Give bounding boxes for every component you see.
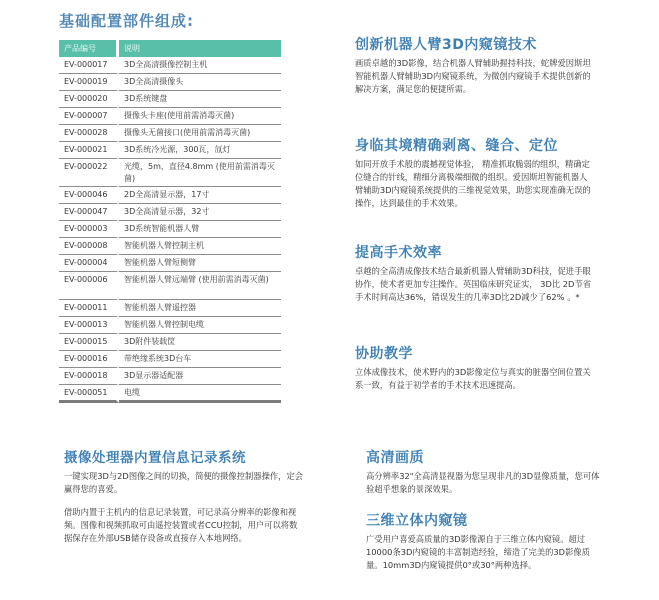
product-desc: 智能机器人臂遥控器 (119, 300, 281, 317)
table-row: EV-0000033D系统智能机器人臂 (59, 221, 281, 238)
product-desc: 3D全高清摄像头 (119, 74, 281, 91)
product-desc: 摄像头卡座(使用前需消毒灭菌) (119, 108, 281, 125)
product-code: EV-000051 (59, 385, 119, 403)
table-row: EV-000013智能机器人臂控制电缆 (59, 317, 281, 334)
table-row: EV-0000193D全高清摄像头 (59, 74, 281, 91)
table-row: EV-0000462D全高清显示器，17寸 (59, 187, 281, 204)
product-desc: 3D全高清显示器，32寸 (119, 204, 281, 221)
table-row: EV-000006智能机器人臂远端臂 (使用前需消毒灭菌) (59, 272, 281, 300)
product-code: EV-000046 (59, 187, 119, 204)
table-row: EV-000051电缆 (59, 385, 281, 403)
section-title: 身临其境精确剥离、缝合、定位 (355, 137, 595, 155)
table-row: EV-000011智能机器人臂遥控器 (59, 300, 281, 317)
table-row: EV-0000213D系统冷光源，300瓦，氙灯 (59, 142, 281, 159)
product-code: EV-000021 (59, 142, 119, 159)
product-code: EV-000004 (59, 255, 119, 272)
product-code: EV-000015 (59, 334, 119, 351)
table-row: EV-000016带绝缘系统3D台车 (59, 351, 281, 368)
section-title: 协助教学 (355, 345, 595, 363)
section-body: 借助内置于主机内的信息记录装置，可记录高分辨率的影像和视频。图像和视频抓取可由遥… (64, 506, 304, 545)
product-code: EV-000006 (59, 272, 119, 300)
product-code: EV-000013 (59, 317, 119, 334)
product-code: EV-000018 (59, 368, 119, 385)
table-row: EV-0000153D附件装载筐 (59, 334, 281, 351)
product-desc: 摄像头无菌接口(使用前需消毒灭菌) (119, 125, 281, 142)
section-stereo-endoscope: 三维立体内窥镜 广受用户喜爱高质量的3D影像源自于三维立体内窥镜。超过10000… (366, 512, 606, 572)
header-description: 说明 (119, 40, 281, 57)
product-desc: 智能机器人臂控制主机 (119, 238, 281, 255)
product-desc: 智能机器人臂控制电缆 (119, 317, 281, 334)
product-code: EV-000008 (59, 238, 119, 255)
product-desc: 3D显示器适配器 (119, 368, 281, 385)
product-desc: 带绝缘系统3D台车 (119, 351, 281, 368)
product-desc: 智能机器人臂短侧臂 (119, 255, 281, 272)
product-desc: 3D系统键盘 (119, 91, 281, 108)
table-row: EV-0000473D全高清显示器，32寸 (59, 204, 281, 221)
table-row: EV-0000173D全高清摄像控制主机 (59, 57, 281, 74)
section-recorder: 摄像处理器内置信息记录系统 一键实现3D与2D图像之间的切换，简便的摄像控制器操… (64, 449, 304, 545)
section-efficiency: 提高手术效率 卓越的全高清成像技术结合最新机器人臂辅助3D科技，促进手眼协作，使… (355, 244, 595, 304)
spec-table: 产品编号 说明 EV-0000173D全高清摄像控制主机 EV-0000193D… (59, 40, 281, 403)
section-body: 画质卓越的3D影像，结合机器人臂辅助握持科技，蛇牌爱因斯坦智能机器人臂辅助3D内… (355, 57, 595, 96)
section-teaching: 协助教学 立体成像技术，使术野内的3D影像定位与真实的脏器空间位置关系一致，有益… (355, 345, 595, 392)
section-immersive: 身临其境精确剥离、缝合、定位 如同开放手术般的震撼视觉体验， 精准抓取脆弱的组织… (355, 137, 595, 210)
product-code: EV-000022 (59, 159, 119, 187)
product-desc: 光缆，5m，直径4.8mm (使用前需消毒灭菌) (119, 159, 281, 187)
table-row: EV-000007摄像头卡座(使用前需消毒灭菌) (59, 108, 281, 125)
section-body: 一键实现3D与2D图像之间的切换，简便的摄像控制器操作，定会赢得您的喜爱。 (64, 470, 304, 496)
section-body: 高分辨率32"全高清显视器为您呈现非凡的3D显像质量，您可体验超乎想象的景深效果… (366, 470, 606, 496)
section-innovation: 创新机器人臂3D内窥镜技术 画质卓越的3D影像，结合机器人臂辅助握持科技，蛇牌爱… (355, 36, 595, 96)
header-product-code: 产品编号 (59, 40, 119, 57)
product-code: EV-000003 (59, 221, 119, 238)
product-code: EV-000017 (59, 57, 119, 74)
product-desc: 3D系统冷光源，300瓦，氙灯 (119, 142, 281, 159)
product-code: EV-000020 (59, 91, 119, 108)
table-row: EV-0000203D系统键盘 (59, 91, 281, 108)
product-desc: 3D全高清摄像控制主机 (119, 57, 281, 74)
table-header-row: 产品编号 说明 (59, 40, 281, 57)
product-desc: 3D附件装载筐 (119, 334, 281, 351)
product-desc: 2D全高清显示器，17寸 (119, 187, 281, 204)
table-row: EV-000004智能机器人臂短侧臂 (59, 255, 281, 272)
page-title: 基础配置部件组成: (59, 10, 194, 31)
table-row: EV-0000183D显示器适配器 (59, 368, 281, 385)
table-row: EV-000022光缆，5m，直径4.8mm (使用前需消毒灭菌) (59, 159, 281, 187)
section-hd-quality: 高清画质 高分辨率32"全高清显视器为您呈现非凡的3D显像质量，您可体验超乎想象… (366, 449, 606, 496)
section-body: 广受用户喜爱高质量的3D影像源自于三维立体内窥镜。超过10000条3D内窥镜的丰… (366, 533, 606, 572)
section-title: 提高手术效率 (355, 244, 595, 262)
table-row: EV-000008智能机器人臂控制主机 (59, 238, 281, 255)
product-code: EV-000016 (59, 351, 119, 368)
product-desc: 智能机器人臂远端臂 (使用前需消毒灭菌) (119, 272, 281, 300)
section-title: 高清画质 (366, 449, 606, 467)
product-desc: 电缆 (119, 385, 281, 403)
section-title: 摄像处理器内置信息记录系统 (64, 449, 304, 467)
section-body: 如同开放手术般的震撼视觉体验， 精准抓取脆弱的组织，精确定位缝合的针线，精细分离… (355, 158, 595, 210)
product-code: EV-000047 (59, 204, 119, 221)
section-title: 三维立体内窥镜 (366, 512, 606, 530)
product-desc: 3D系统智能机器人臂 (119, 221, 281, 238)
product-code: EV-000011 (59, 300, 119, 317)
section-body: 立体成像技术，使术野内的3D影像定位与真实的脏器空间位置关系一致，有益于初学者的… (355, 366, 595, 392)
product-code: EV-000007 (59, 108, 119, 125)
table-row: EV-000028摄像头无菌接口(使用前需消毒灭菌) (59, 125, 281, 142)
product-code: EV-000028 (59, 125, 119, 142)
product-code: EV-000019 (59, 74, 119, 91)
section-body: 卓越的全高清成像技术结合最新机器人臂辅助3D科技，促进手眼协作，使术者更加专注操… (355, 265, 595, 304)
section-title: 创新机器人臂3D内窥镜技术 (355, 36, 595, 54)
